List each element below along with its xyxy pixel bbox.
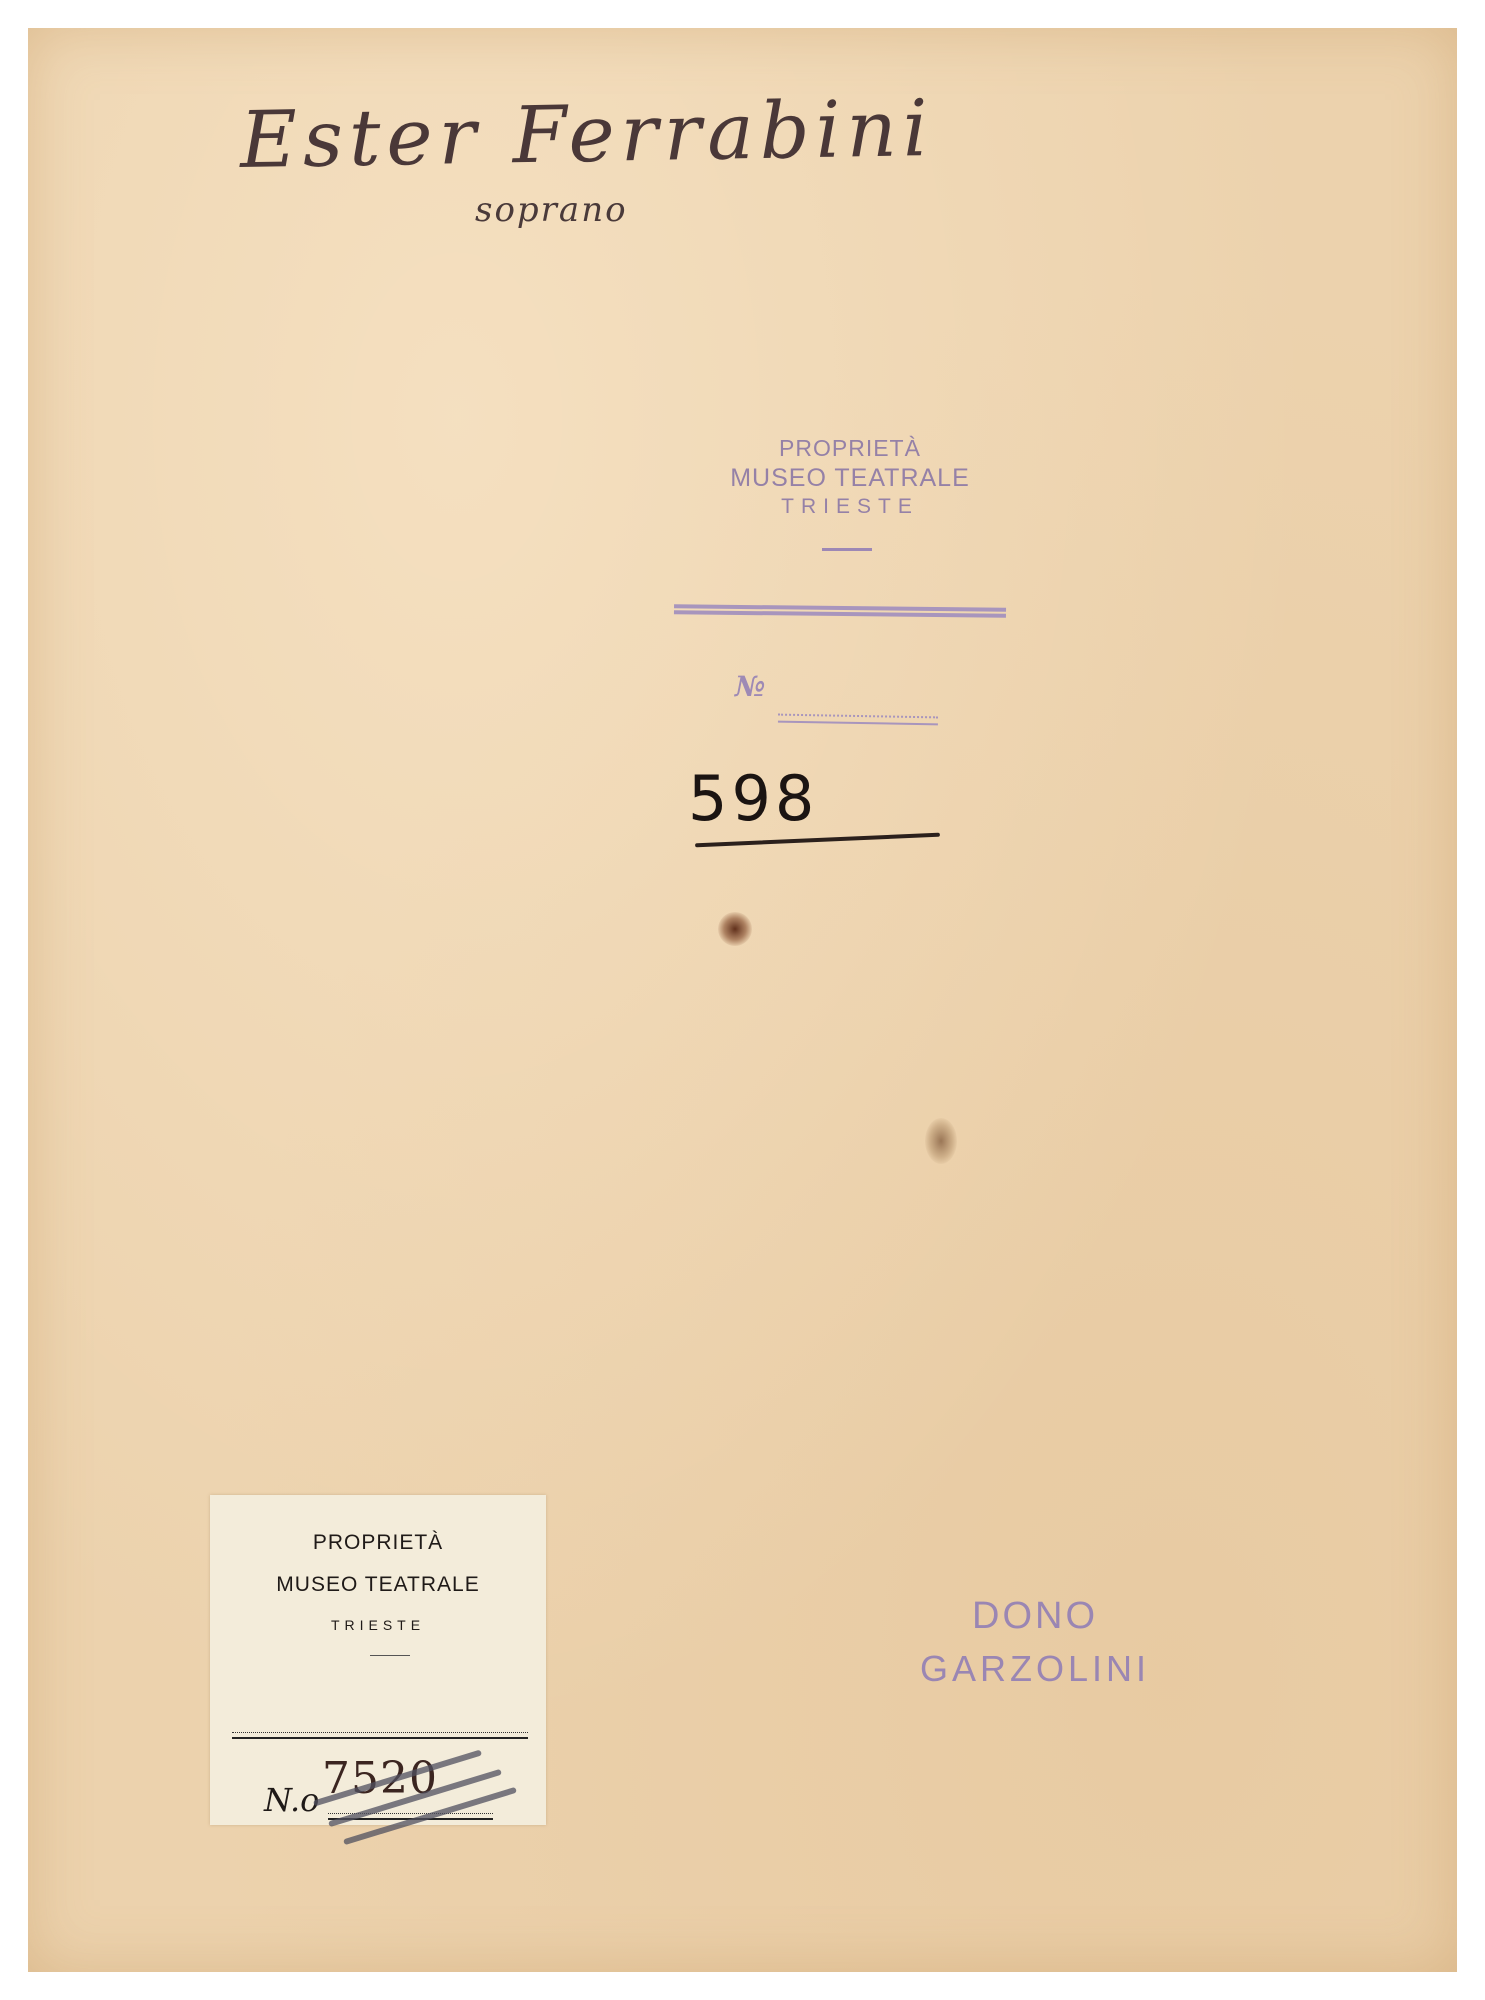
label-rule <box>232 1732 528 1739</box>
donor-stamp: DONO GARZOLINI <box>880 1595 1190 1690</box>
label-line-1: PROPRIETÀ <box>210 1531 546 1555</box>
museum-stamp: PROPRIETÀ MUSEO TEATRALE TRIESTE <box>700 435 1000 519</box>
stamp-dash <box>822 548 872 551</box>
label-number-label: N.o <box>264 1781 319 1819</box>
label-dash <box>370 1655 410 1656</box>
museum-label: PROPRIETÀ MUSEO TEATRALE TRIESTE N.o 752… <box>210 1495 546 1825</box>
handwritten-catalog-number: 598 <box>688 762 818 835</box>
handwritten-role: soprano <box>475 190 628 230</box>
stamp-line-3: TRIESTE <box>700 495 1000 519</box>
stamp-line-1: PROPRIETÀ <box>700 435 1000 462</box>
label-line-2: MUSEO TEATRALE <box>210 1573 546 1597</box>
stain-spot <box>718 912 752 946</box>
handwritten-name: Ester Ferrabini <box>239 84 934 186</box>
donor-line-1: DONO <box>880 1595 1190 1638</box>
label-line-3: TRIESTE <box>210 1617 546 1633</box>
stain-spot <box>925 1118 957 1164</box>
stamp-number-label: № <box>735 670 765 703</box>
donor-line-2: GARZOLINI <box>880 1648 1190 1690</box>
stamp-line-2: MUSEO TEATRALE <box>700 464 1000 493</box>
